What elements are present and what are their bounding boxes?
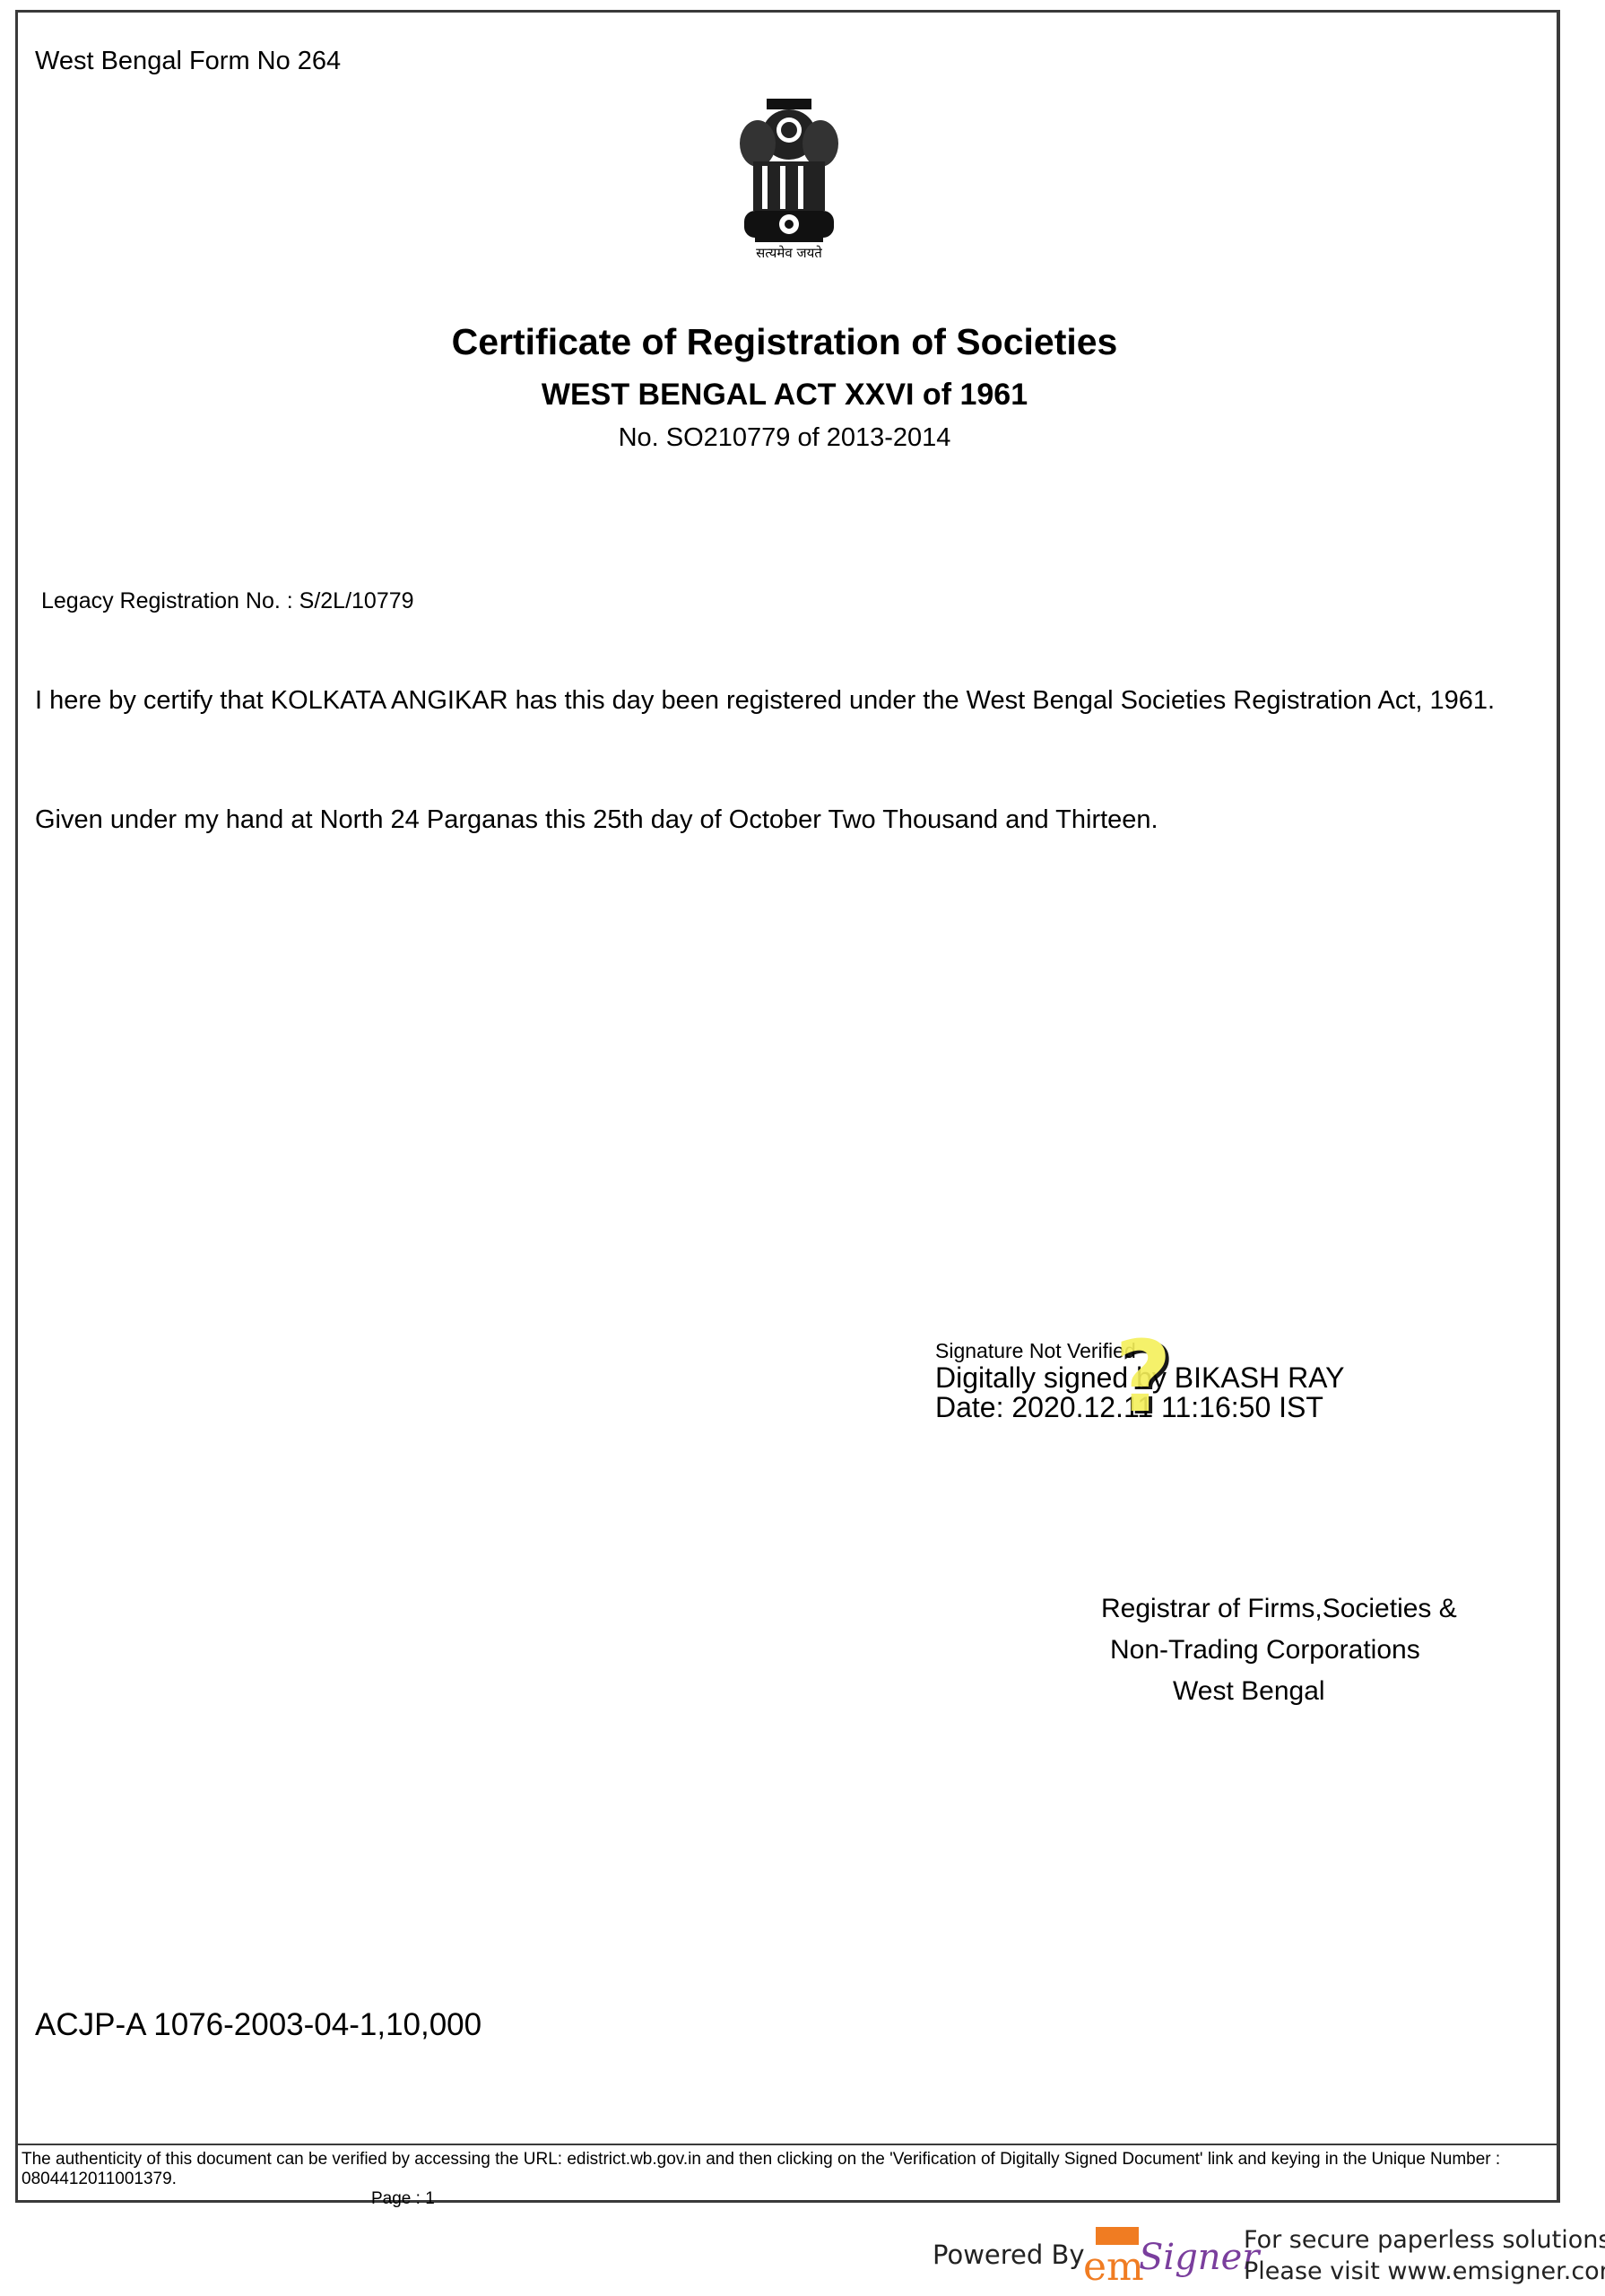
registration-number: No. SO210779 of 2013-2014 <box>0 423 1569 453</box>
emsigner-logo-mark-icon <box>1096 2227 1139 2245</box>
registrar-designation: Registrar of Firms,Societies & Non-Tradi… <box>1101 1588 1457 1712</box>
national-emblem-icon: सत्यमेव जयते <box>726 90 852 269</box>
powered-by-label: Powered By <box>933 2239 1085 2270</box>
registrar-line: Registrar of Firms,Societies & <box>1101 1588 1457 1630</box>
logo-signer-text: Signer <box>1139 2237 1259 2278</box>
tagline-line-2[interactable]: Please visit www.emsigner.com <box>1244 2256 1605 2287</box>
logo-em-text: em <box>1083 2244 1144 2290</box>
form-number: West Bengal Form No 264 <box>35 47 341 76</box>
stamp-code: ACJP-A 1076-2003-04-1,10,000 <box>35 2007 481 2043</box>
emsigner-logo[interactable]: em Signer <box>1083 2224 1254 2289</box>
given-statement: Given under my hand at North 24 Parganas… <box>35 805 1158 835</box>
certify-statement: I here by certify that KOLKATA ANGIKAR h… <box>35 680 1550 721</box>
page-number: Page : 1 <box>371 2189 435 2209</box>
emsigner-tagline: For secure paperless solutions Please vi… <box>1244 2224 1605 2287</box>
verification-text: The authenticity of this document can be… <box>22 2150 1555 2189</box>
legacy-registration-number: Legacy Registration No. : S/2L/10779 <box>41 588 414 614</box>
act-name: WEST BENGAL ACT XXVI of 1961 <box>0 378 1569 413</box>
registrar-line: Non-Trading Corporations <box>1101 1630 1457 1671</box>
emblem-motto: सत्यमेव जयते <box>726 244 852 262</box>
certificate-title: Certificate of Registration of Societies <box>0 321 1569 363</box>
registrar-line: West Bengal <box>1101 1671 1457 1712</box>
tagline-line-1: For secure paperless solutions <box>1244 2224 1605 2256</box>
question-mark-icon[interactable]: ? <box>1115 1327 1172 1426</box>
